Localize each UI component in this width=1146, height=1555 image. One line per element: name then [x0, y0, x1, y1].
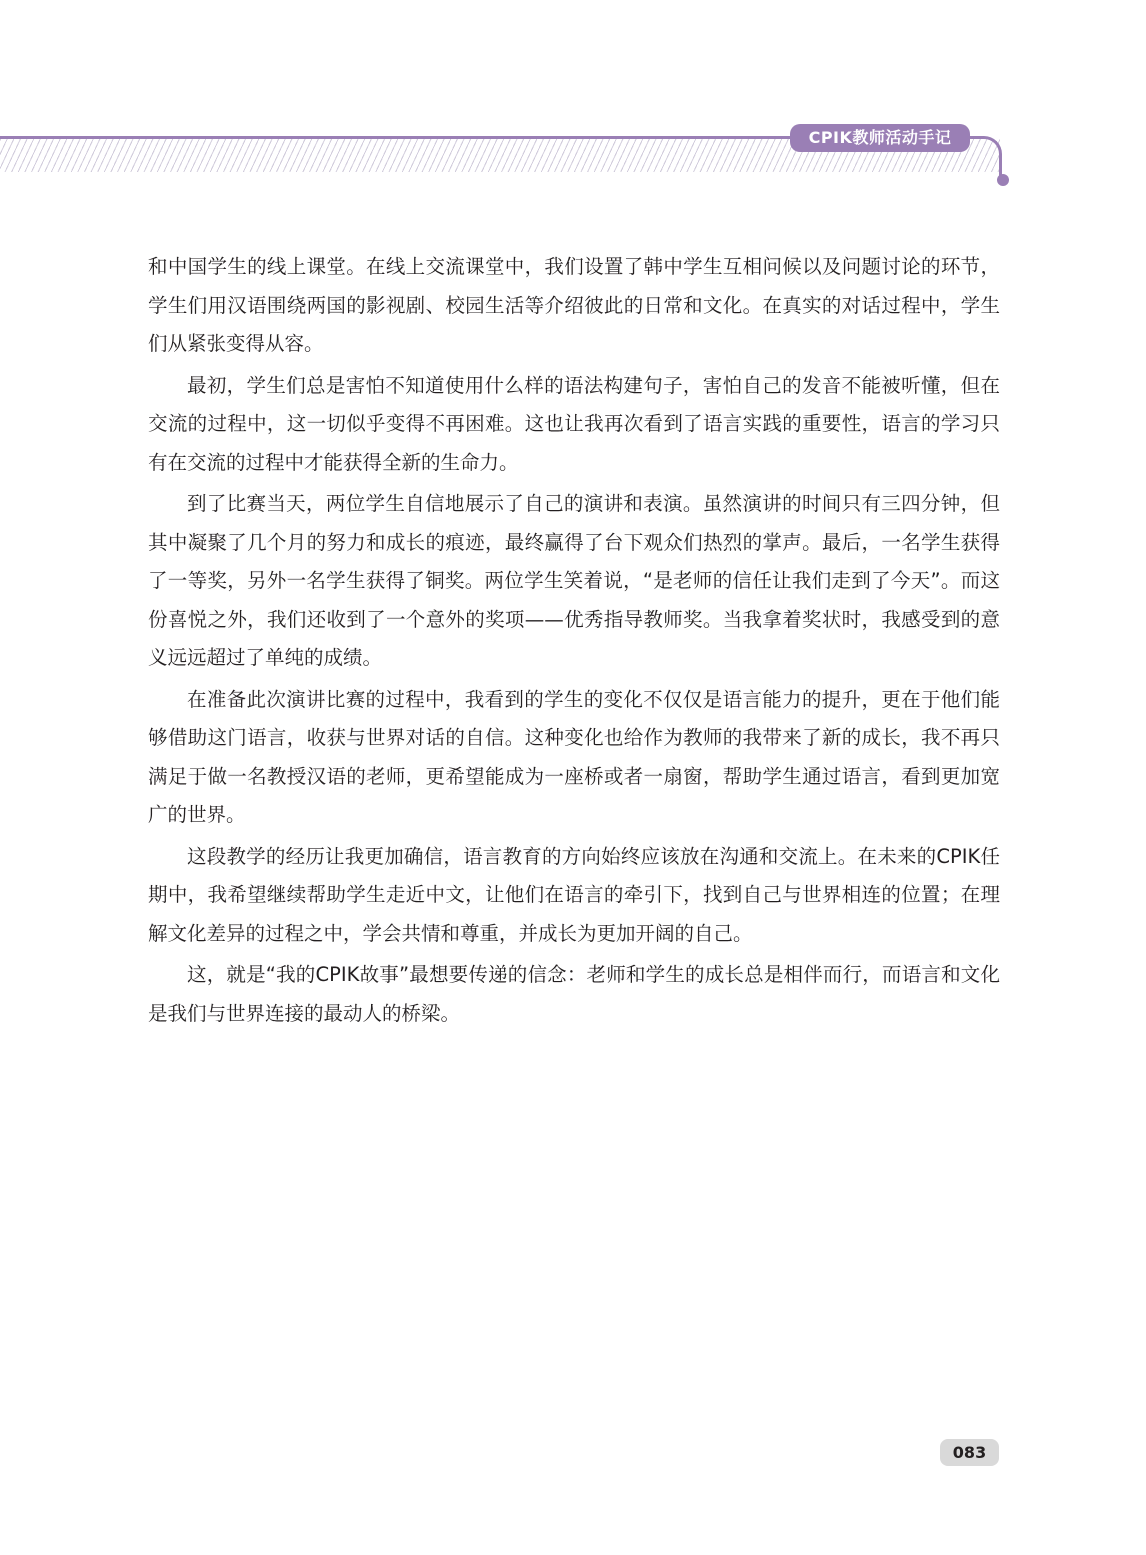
paragraph-4: 在准备此次演讲比赛的过程中，我看到的学生的变化不仅仅是语言能力的提升，更在于他们…	[148, 681, 1000, 835]
paragraph-2: 最初，学生们总是害怕不知道使用什么样的语法构建句子，害怕自己的发音不能被听懂，但…	[148, 367, 1000, 483]
header-rule-curve	[968, 136, 1002, 176]
article-body: 和中国学生的线上课堂。在线上交流课堂中，我们设置了韩中学生互相问候以及问题讨论的…	[148, 248, 1000, 1033]
paragraph-6: 这，就是“我的CPIK故事”最想要传递的信念：老师和学生的成长总是相伴而行，而语…	[148, 956, 1000, 1033]
paragraph-3: 到了比赛当天，两位学生自信地展示了自己的演讲和表演。虽然演讲的时间只有三四分钟，…	[148, 485, 1000, 678]
header-rule-dot	[997, 174, 1009, 186]
page-number: 083	[940, 1439, 999, 1466]
paragraph-1: 和中国学生的线上课堂。在线上交流课堂中，我们设置了韩中学生互相问候以及问题讨论的…	[148, 248, 1000, 364]
section-badge: CPIK教师活动手记	[790, 124, 970, 152]
paragraph-5: 这段教学的经历让我更加确信，语言教育的方向始终应该放在沟通和交流上。在未来的CP…	[148, 838, 1000, 954]
